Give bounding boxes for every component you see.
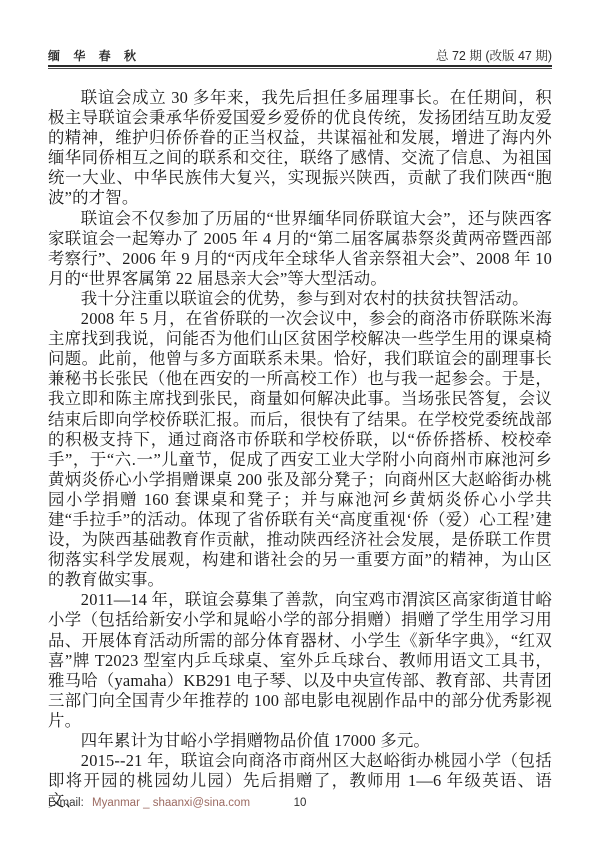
paragraph: 联谊会成立 30 多年来，我先后担任多届理事长。在任期间，积极主导联谊会秉承华侨… [48,88,552,209]
page-header: 缅 华 春 秋 总 72 期 (改版 47 期) [48,46,552,64]
paragraph: 我十分注重以联谊会的优势，参与到对农村的扶贫扶智活动。 [48,289,552,309]
issue-info: 总 72 期 (改版 47 期) [436,46,552,64]
magazine-page: 缅 华 春 秋 总 72 期 (改版 47 期) 联谊会成立 30 多年来，我先… [0,0,600,848]
paragraph: 四年累计为甘峪小学捐赠物品价值 17000 多元。 [48,731,552,751]
page-number: 10 [48,797,552,809]
header-rule [48,65,552,69]
article-body: 联谊会成立 30 多年来，我先后担任多届理事长。在任期间，积极主导联谊会秉承华侨… [48,88,552,811]
paragraph: 2011—14 年，联谊会募集了善款，向宝鸡市渭滨区高家街道甘峪小学（包括给新安… [48,590,552,731]
paragraph: 2008 年 5 月，在省侨联的一次会议中，参会的商洛市侨联陈米海主席找到我说，… [48,309,552,590]
journal-title: 缅 华 春 秋 [48,47,141,64]
paragraph: 联谊会不仅参加了历届的“世界缅华同侨联谊大会”，还与陕西客家联谊会一起筹办了 2… [48,209,552,289]
page-footer: E-mail: Myanmar _ shaanxi@sina.com 10 [48,797,552,813]
